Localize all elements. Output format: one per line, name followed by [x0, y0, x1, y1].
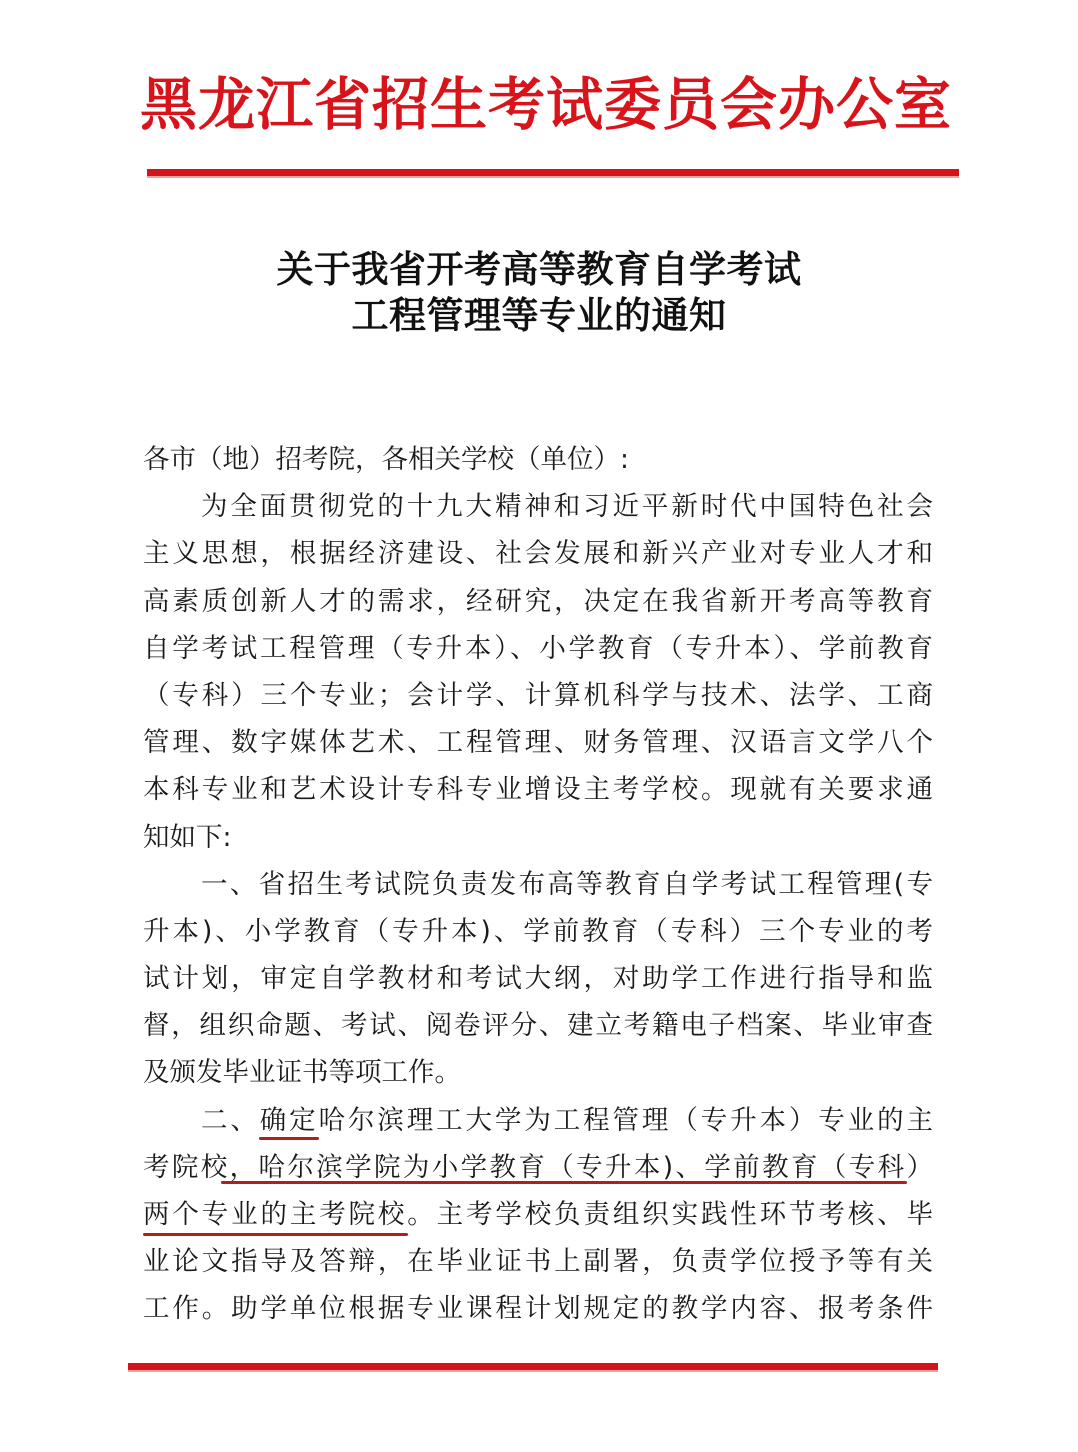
paragraph-section-1: 一、省招生考试院负责发布高等教育自学考试工程管理(专 升本)、小学教育（专升本)…: [143, 861, 933, 1097]
paragraph-line: 自学考试工程管理（专升本）、小学教育（专升本）、学前教育: [143, 625, 933, 672]
footer-red-rule: [128, 1363, 938, 1372]
paragraph-intro: 为全面贯彻党的十九大精神和习近平新时代中国特色社会 主义思想，根据经济建设、社会…: [143, 483, 933, 861]
paragraph-line: 一、省招生考试院负责发布高等教育自学考试工程管理(专: [143, 861, 933, 908]
paragraph-line: 高素质创新人才的需求，经研究，决定在我省新开考高等教育: [143, 578, 933, 625]
masthead-red-rule: [147, 169, 959, 178]
underline-mark: [259, 1137, 319, 1140]
underline-mark: [143, 1233, 408, 1236]
paragraph-line: 知如下:: [143, 814, 933, 861]
notice-title-line-1: 关于我省开考高等教育自学考试: [0, 246, 1078, 292]
paragraph-line: 管理、数字媒体艺术、工程管理、财务管理、汉语言文学八个: [143, 719, 933, 766]
underline-mark: [221, 1181, 907, 1184]
paragraph-section-2: 二、确定哈尔滨理工大学为工程管理（专升本）专业的主 考院校，哈尔滨学院为小学教育…: [143, 1097, 933, 1333]
paragraph-line: 试计划，审定自学教材和考试大纲，对助学工作进行指导和监: [143, 955, 933, 1002]
paragraph-line: 督，组织命题、考试、阅卷评分、建立考籍电子档案、毕业审查: [143, 1002, 933, 1049]
salutation: 各市（地）招考院，各相关学校（单位）:: [143, 436, 933, 483]
paragraph-line: 升本)、小学教育（专升本)、学前教育（专科）三个专业的考: [143, 908, 933, 955]
paragraph-line: 两个专业的主考院校。主考学校负责组织实践性环节考核、毕: [143, 1191, 933, 1238]
paragraph-line: 为全面贯彻党的十九大精神和习近平新时代中国特色社会: [143, 483, 933, 530]
paragraph-line: 业论文指导及答辩，在毕业证书上副署，负责学位授予等有关: [143, 1238, 933, 1285]
document-page: 黑龙江省招生考试委员会办公室 关于我省开考高等教育自学考试 工程管理等专业的通知…: [0, 0, 1078, 1452]
notice-title-line-2: 工程管理等专业的通知: [0, 292, 1078, 338]
paragraph-line: 本科专业和艺术设计专科专业增设主考学校。现就有关要求通: [143, 766, 933, 813]
masthead-title: 黑龙江省招生考试委员会办公室: [140, 70, 940, 140]
paragraph-line: 工作。助学单位根据专业课程计划规定的教学内容、报考条件: [143, 1285, 933, 1332]
notice-body: 各市（地）招考院，各相关学校（单位）: 为全面贯彻党的十九大精神和习近平新时代中…: [143, 436, 933, 1333]
paragraph-line: 及颁发毕业证书等项工作。: [143, 1049, 933, 1096]
paragraph-line: （专科）三个专业；会计学、计算机科学与技术、法学、工商: [143, 672, 933, 719]
paragraph-line: 主义思想，根据经济建设、社会发展和新兴产业对专业人才和: [143, 530, 933, 577]
